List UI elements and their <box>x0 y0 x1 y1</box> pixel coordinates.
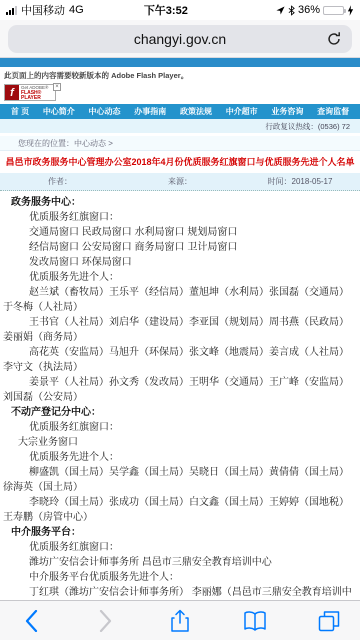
close-icon[interactable]: × <box>53 83 61 91</box>
flash-notice-area: 此页面上的内容需要较新版本的 Adobe Flash Player。 f Get… <box>0 67 360 104</box>
subsection-label: 中介服务平台优质服务先进个人： <box>3 570 357 585</box>
get-flash-player-badge[interactable]: f Get ADOBE® FLASH® PLAYER × <box>4 84 56 101</box>
section-heading: 政务服务中心： <box>3 195 357 210</box>
nav-item-market[interactable]: 中介超市 <box>226 106 258 117</box>
window-list-line: 交通局窗口 民政局窗口 水利局窗口 规划局窗口 <box>3 225 357 240</box>
charging-bolt-icon <box>347 5 354 16</box>
breadcrumb[interactable]: 您现在的位置：中心动态 > <box>0 136 360 151</box>
flash-notice-text: 此页面上的内容需要较新版本的 Adobe Flash Player。 <box>4 70 356 81</box>
window-list-line: 经信局窗口 公安局窗口 商务局窗口 卫计局窗口 <box>3 240 357 255</box>
name-list-line: 姜景平（人社局）孙文秀（发改局）王明华（交通局）王广峰（安监局）刘国磊（公安局） <box>3 375 357 405</box>
name-list-line: 高花英（安监局）马旭升（环保局）张文峰（地震局）姜言成（人社局）李守文（执法局） <box>3 345 357 375</box>
forward-button[interactable] <box>93 608 119 634</box>
back-button[interactable] <box>18 608 44 634</box>
bookmarks-icon[interactable] <box>242 608 268 634</box>
status-bar: 中国移动 4G 下午3:52 36% <box>0 0 360 20</box>
meta-source-label: 来源： <box>120 176 240 187</box>
meta-author-label: 作者： <box>0 176 120 187</box>
nav-item-news[interactable]: 中心动态 <box>89 106 121 117</box>
article-body: 政务服务中心： 优质服务红旗窗口： 交通局窗口 民政局窗口 水利局窗口 规划局窗… <box>0 191 360 600</box>
name-list-line: 王书官（人社局）刘启华（建设局）李亚国（规划局）周书燕（民政局）姜丽娟（商务局） <box>3 315 357 345</box>
tabs-icon[interactable] <box>316 608 342 634</box>
battery-icon <box>323 6 344 15</box>
nav-item-policy[interactable]: 政策法规 <box>180 106 212 117</box>
article-meta-row: 作者： 来源： 时间：2018-05-17 <box>0 173 360 191</box>
name-list-line: 柳盛凯（国土局）吴学鑫（国土局）吴晓日（国土局）黄倩倩（国土局）徐海英（国土局） <box>3 465 357 495</box>
carrier-label: 中国移动 <box>21 2 65 18</box>
subsection-label: 优质服务红旗窗口： <box>3 210 357 225</box>
flash-logo-icon: f <box>5 85 19 100</box>
nav-item-guide[interactable]: 办事指南 <box>134 106 166 117</box>
meta-time: 时间：2018-05-17 <box>240 176 360 187</box>
flash-badge-line2: FLASH® PLAYER <box>21 91 53 102</box>
page-title: 昌邑市政务服务中心管理办公室2018年4月份优质服务红旗窗口与优质服务先进个人名… <box>0 151 360 173</box>
nav-item-consult[interactable]: 业务咨询 <box>271 106 303 117</box>
nav-item-home[interactable]: 首 页 <box>11 106 29 117</box>
section-heading: 不动产登记分中心： <box>3 405 357 420</box>
share-icon[interactable] <box>167 608 193 634</box>
name-list-line: 李晓玲（国土局）张成功（国土局）白文鑫（国土局）王婷婷（国地税）王寿鹏（房管中心… <box>3 495 357 525</box>
site-top-banner <box>0 58 360 67</box>
subsection-label: 优质服务先进个人： <box>3 270 357 285</box>
address-field[interactable]: changyi.gov.cn <box>8 25 352 53</box>
name-list-line: 赵兰斌（畜牧局）王乐平（经信局）董旭坤（水利局）张国磊（交通局）于冬梅（人社局） <box>3 285 357 315</box>
battery-percent-label: 36% <box>298 4 320 16</box>
signal-strength-icon <box>6 6 17 15</box>
site-navigation: 首 页 中心简介 中心动态 办事指南 政策法规 中介超市 业务咨询 查询监督 <box>0 104 360 119</box>
window-list-line: 发改局窗口 环保局窗口 <box>3 255 357 270</box>
hotline-text: 行政复议热线：(0536) 72 <box>265 121 350 132</box>
subsection-label: 优质服务先进个人： <box>3 450 357 465</box>
nav-item-intro[interactable]: 中心简介 <box>43 106 75 117</box>
webpage-viewport[interactable]: 此页面上的内容需要较新版本的 Adobe Flash Player。 f Get… <box>0 58 360 600</box>
network-type-label: 4G <box>69 4 84 16</box>
subsection-label: 优质服务红旗窗口： <box>3 540 357 555</box>
hotline-row: 行政复议热线：(0536) 72 <box>0 119 360 133</box>
breadcrumb-text: 您现在的位置：中心动态 > <box>18 138 113 149</box>
bluetooth-icon <box>288 5 295 16</box>
meta-time-value: 2018-05-17 <box>292 177 333 186</box>
url-text: changyi.gov.cn <box>134 31 226 47</box>
subsection-label: 优质服务红旗窗口： <box>3 420 357 435</box>
browser-toolbar <box>0 600 360 640</box>
window-list-line: 潍坊广安信会计师事务所 昌邑市三鼎安全教育培训中心 <box>3 555 357 570</box>
clock-label: 下午3:52 <box>84 2 248 18</box>
window-list-line: 大宗业务窗口 <box>3 435 357 450</box>
meta-time-label: 时间： <box>268 177 292 186</box>
browser-url-bar: changyi.gov.cn <box>0 20 360 58</box>
section-heading: 中介服务平台： <box>3 525 357 540</box>
name-list-line: 丁红琪（潍坊广安信会计师事务所） 李丽娜（昌邑市三鼎安全教育培训中心） <box>3 585 357 600</box>
location-arrow-icon <box>276 6 285 15</box>
nav-item-supervise[interactable]: 查询监督 <box>317 106 349 117</box>
reload-icon[interactable] <box>325 30 343 48</box>
